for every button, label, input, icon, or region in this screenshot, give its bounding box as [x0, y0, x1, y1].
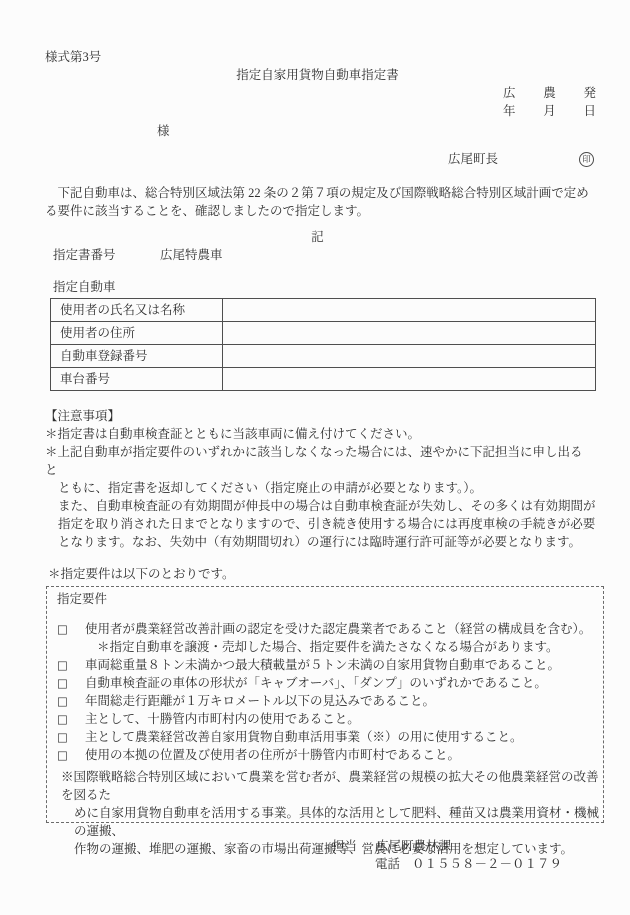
designation-number-label: 指定書番号 — [53, 246, 160, 264]
page-title: 指定自家用貨物自動車指定書 — [45, 66, 590, 84]
ref-char: 広 — [503, 84, 516, 102]
note-line: となります。なお、失効中（有効期間切れ）の運行には臨時運行許可証等が必要となりま… — [58, 533, 606, 551]
requirement-item: □ 主として、十勝管内市町村内の使用であること。 — [57, 710, 603, 728]
requirements-list: □ 使用者が農業経営改善計画の認定を受けた認定農業者であること（経営の構成員を含… — [57, 620, 603, 764]
seal-icon: 印 — [579, 152, 594, 167]
footnote-line: ※国際戦略総合特別区域において農業を営む者が、農業経営の規模の拡大その他農業経営… — [61, 768, 603, 804]
issuer-title: 広尾町長 — [448, 150, 498, 168]
requirement-text: 年間総走行距離が１万キロメートル以下の見込みであること。 — [85, 692, 435, 710]
addressee-suffix: 様 — [157, 124, 170, 138]
requirement-item: □ 使用者が農業経営改善計画の認定を受けた認定農業者であること（経営の構成員を含… — [57, 620, 603, 638]
table-label-cell: 自動車登録番号 — [51, 345, 223, 368]
requirement-text: 主として農業経営改善自家用貨物自動車活用事業（※）の用に使用すること。 — [85, 728, 523, 746]
table-row: 自動車登録番号 — [51, 345, 596, 368]
vehicle-table-title: 指定自動車 — [53, 278, 590, 296]
table-row: 車台番号 — [51, 368, 596, 391]
note-line: また、自動車検査証の有効期間が伸長中の場合は自動車検査証が失効し、その多くは有効… — [58, 497, 606, 515]
addressee-line: 様 — [157, 122, 590, 140]
designation-number-value: 広尾特農車 — [160, 246, 223, 264]
date-char-day: 日 — [583, 102, 596, 120]
form-number: 様式第3号 — [45, 48, 590, 66]
checkbox-icon: □ — [57, 674, 70, 692]
table-label-cell: 使用者の住所 — [51, 322, 223, 345]
requirement-item: □ 車両総重量８トン未満かつ最大積載量が５トン未満の自家用貨物自動車であること。 — [57, 656, 603, 674]
designation-number-row: 指定書番号 広尾特農車 — [53, 246, 590, 264]
requirements-intro: ＊指定要件は以下のとおりです。 — [48, 565, 590, 583]
table-value-cell — [223, 345, 596, 368]
phone-label: 電話 — [375, 855, 400, 873]
note-line: ともに、指定書を返却してください（指定廃止の申請が必要となります。）。 — [58, 479, 606, 497]
requirement-item: □ 年間総走行距離が１万キロメートル以下の見込みであること。 — [57, 692, 603, 710]
vehicle-table: 使用者の氏名又は名称 使用者の住所 自動車登録番号 車台番号 — [50, 298, 596, 391]
contact-department: 広尾町農林課 — [376, 837, 451, 855]
note-line: 指定を取り消された日までとなりますので、引き続き使用する場合には再度車検の手続き… — [58, 515, 606, 533]
table-row: 使用者の住所 — [51, 322, 596, 345]
requirement-item: □ 主として農業経営改善自家用貨物自動車活用事業（※）の用に使用すること。 — [57, 728, 603, 746]
contact-label: 担当 — [332, 837, 357, 855]
table-value-cell — [223, 322, 596, 345]
document-page: 様式第3号 指定自家用貨物自動車指定書 広 農 発 年 月 日 様 広尾町長 印… — [0, 0, 630, 915]
requirements-box: 指定要件 □ 使用者が農業経営改善計画の認定を受けた認定農業者であること（経営の… — [46, 586, 604, 823]
requirement-text: 車両総重量８トン未満かつ最大積載量が５トン未満の自家用貨物自動車であること。 — [85, 656, 560, 674]
table-value-cell — [223, 368, 596, 391]
checkbox-icon: □ — [57, 692, 70, 710]
date-char-month: 月 — [543, 102, 556, 120]
checkbox-icon: □ — [57, 656, 70, 674]
table-value-cell — [223, 299, 596, 322]
checkbox-icon: □ — [57, 728, 70, 746]
footnote-line: めに自家用貨物自動車を活用する事業。具体的な活用として肥料、種苗又は農業用資材・… — [74, 804, 603, 840]
requirements-footnote: ※国際戦略総合特別区域において農業を営む者が、農業経営の規模の拡大その他農業経営… — [57, 768, 603, 858]
reference-number-line: 広 農 発 — [503, 84, 596, 102]
ref-char: 発 — [583, 84, 596, 102]
checkbox-icon: □ — [57, 620, 70, 638]
requirement-text: 使用者が農業経営改善計画の認定を受けた認定農業者であること（経営の構成員を含む）… — [85, 620, 591, 638]
checkbox-icon: □ — [57, 710, 70, 728]
table-label-cell: 使用者の氏名又は名称 — [51, 299, 223, 322]
requirement-text: 使用の本拠の位置及び使用者の住所が十勝管内市町村であること。 — [85, 746, 460, 764]
ref-char: 農 — [543, 84, 556, 102]
phone-number: ０１５５８－２－０１７９ — [412, 855, 562, 873]
requirement-text: 自動車検査証の車体の形状が「キャブオーバ」、「ダンプ」のいずれかであること。 — [85, 674, 547, 692]
table-row: 使用者の氏名又は名称 — [51, 299, 596, 322]
body-line: る要件に該当することを、確認しましたので指定します。 — [45, 202, 593, 220]
note-line: ＊指定書は自動車検査証とともに当該車両に備え付けてください。 — [45, 425, 593, 443]
requirement-item: □ 使用の本拠の位置及び使用者の住所が十勝管内市町村であること。 — [57, 746, 603, 764]
date-char-year: 年 — [503, 102, 516, 120]
body-paragraph: 下記自動車は、総合特別区域法第 22 条の２第７項の規定及び国際戦略総合特別区域… — [45, 184, 593, 220]
issuer-line: 広尾町長 印 — [448, 150, 594, 168]
ki-heading: 記 — [45, 228, 590, 246]
date-line: 年 月 日 — [503, 102, 596, 120]
note-line: ＊上記自動車が指定要件のいずれかに該当しなくなった場合には、速やかに下記担当に申… — [45, 443, 593, 479]
requirement-text: 主として、十勝管内市町村内の使用であること。 — [85, 710, 360, 728]
requirements-box-title: 指定要件 — [57, 590, 603, 608]
requirement-item: □ 自動車検査証の車体の形状が「キャブオーバ」、「ダンプ」のいずれかであること。 — [57, 674, 603, 692]
requirement-subnote: ＊指定自動車を譲渡・売却した場合、指定要件を満たさなくなる場合があります。 — [97, 638, 603, 656]
body-line: 下記自動車は、総合特別区域法第 22 条の２第７項の規定及び国際戦略総合特別区域… — [45, 184, 593, 202]
table-label-cell: 車台番号 — [51, 368, 223, 391]
checkbox-icon: □ — [57, 746, 70, 764]
notes-title: 【注意事項】 — [45, 407, 590, 425]
